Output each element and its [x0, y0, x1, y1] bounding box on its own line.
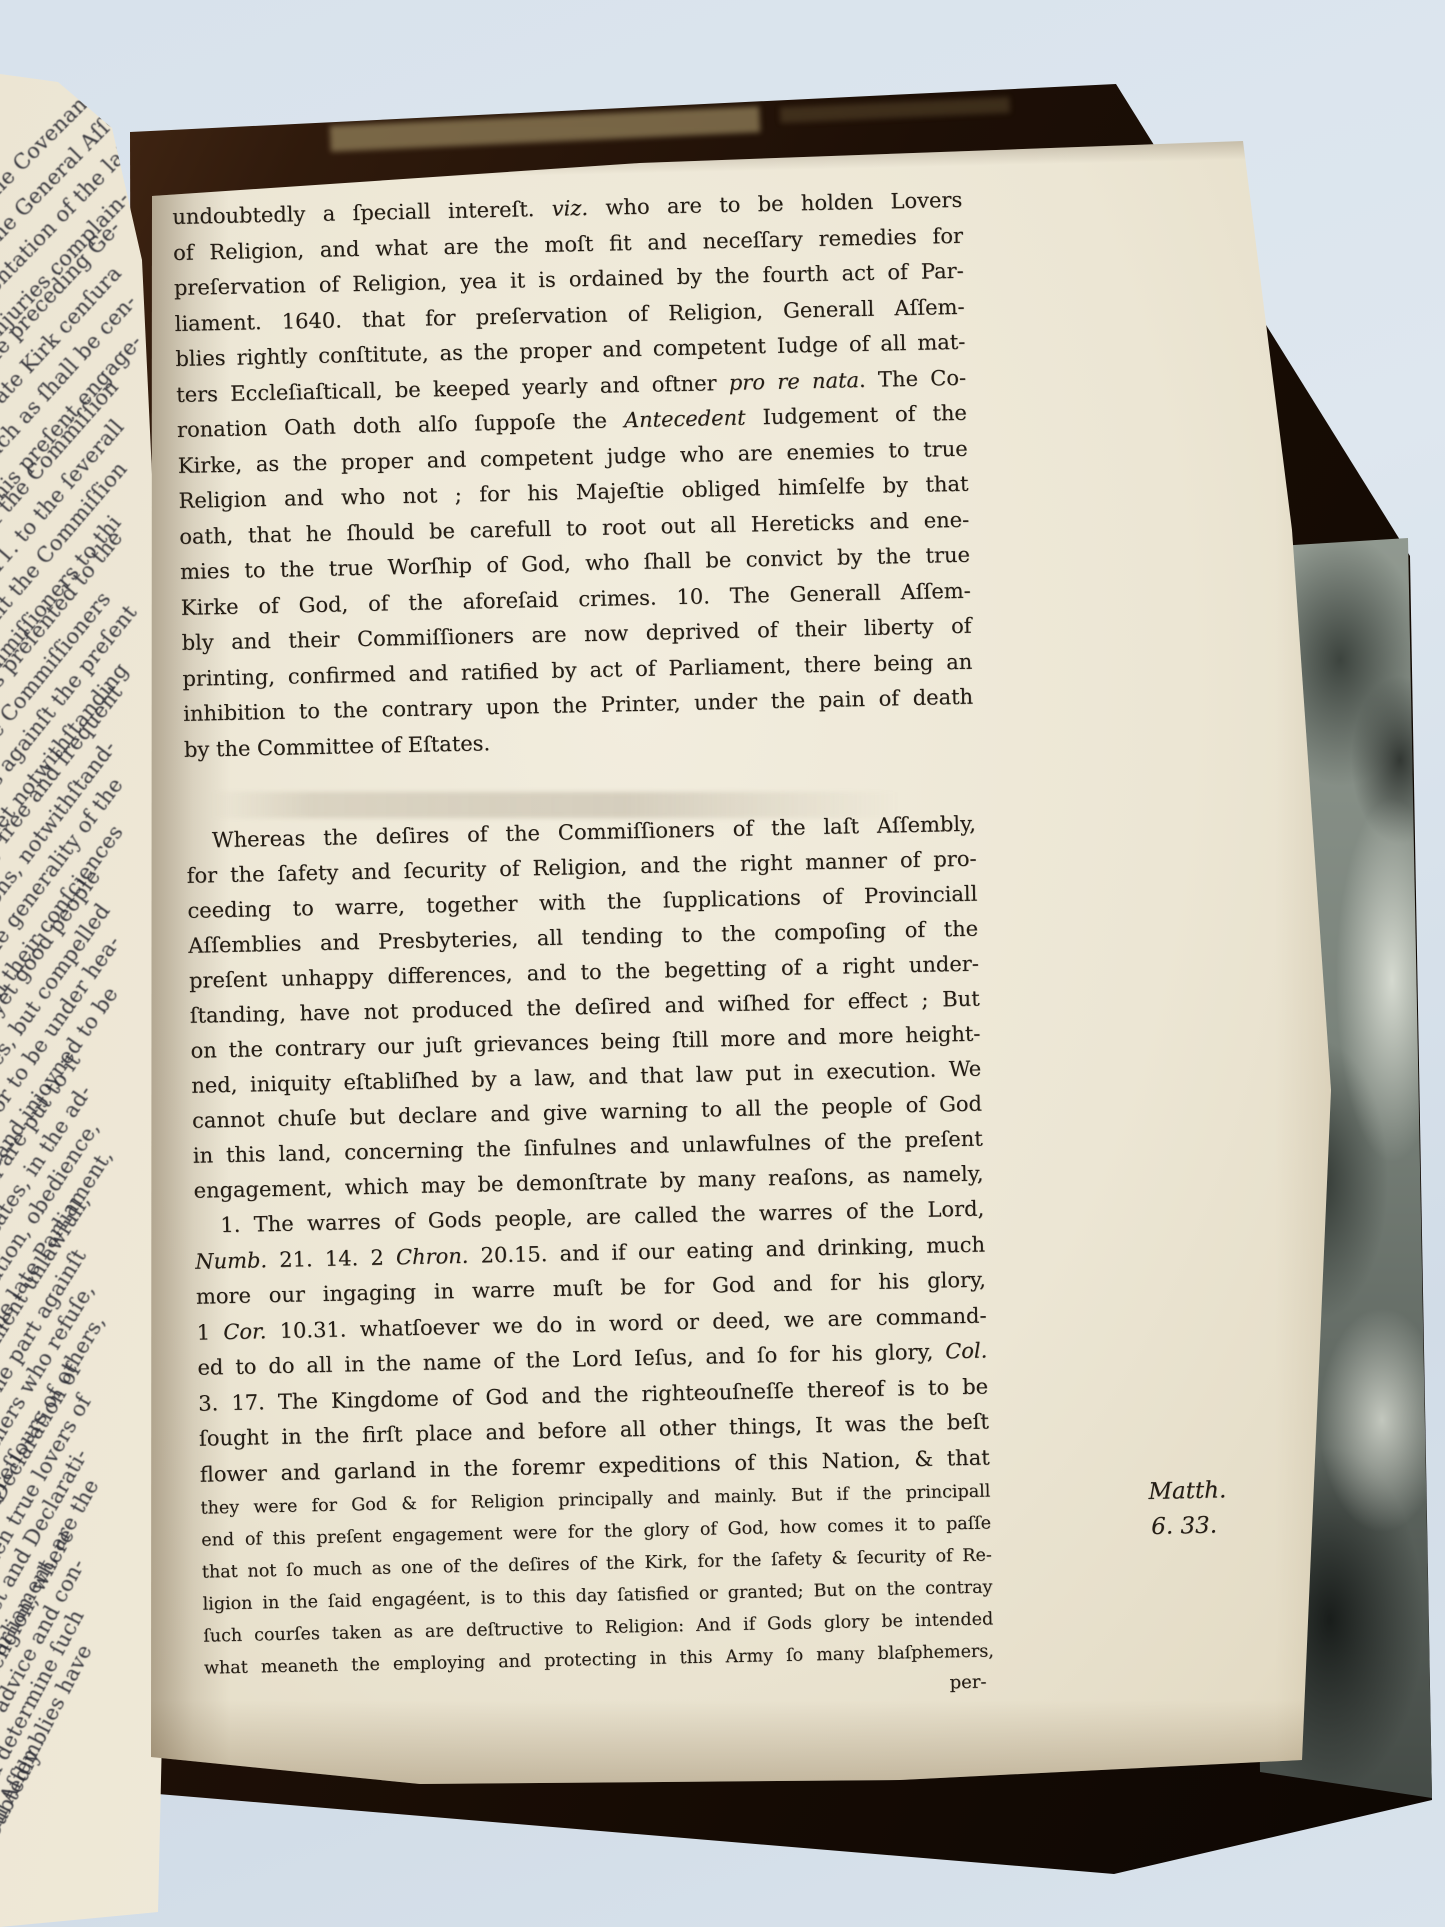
small-type-paragraph: they were for God & for Religion princip…: [200, 1475, 994, 1684]
photo-stage: n the Covenant andf the General Aſſemſen…: [0, 0, 1445, 1927]
margin-note-line-1: Matth.: [1148, 1472, 1299, 1510]
paragraph-3: 1. The warres of Gods people, are called…: [194, 1192, 990, 1493]
page-content: (15) undoubtedly a ſpeciall intereſt. vi…: [172, 183, 995, 1715]
margin-note-line-2: 6. 33.: [1149, 1507, 1300, 1545]
paragraph-2: Whereas the deſires of the Commiſſioners…: [186, 807, 984, 1209]
main-page: (15) undoubtedly a ſpeciall intereſt. vi…: [0, 0, 1445, 1927]
margin-note: Matth. 6. 33.: [1148, 1472, 1299, 1545]
leather-worn-streak: [330, 106, 761, 151]
leather-worn-streak: [780, 97, 1010, 123]
paragraph-1: undoubtedly a ſpeciall intereſt. viz. wh…: [172, 183, 974, 768]
